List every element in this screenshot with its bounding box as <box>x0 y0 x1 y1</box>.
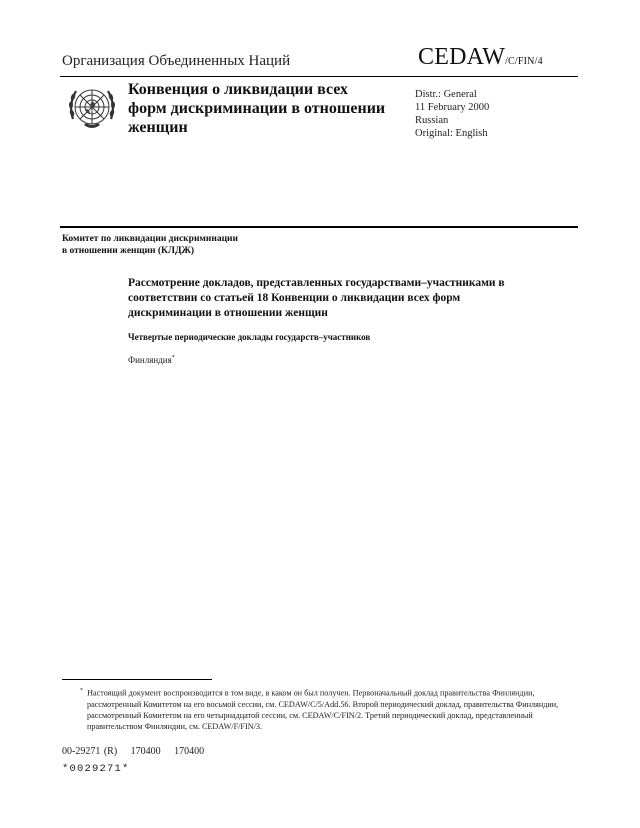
footnote-marker: * <box>80 688 83 694</box>
document-symbol: CEDAW/C/FIN/4 <box>418 44 543 71</box>
committee-line-2: в отношении женщин (КЛДЖ) <box>62 245 238 257</box>
country-label: Финляндия <box>128 355 172 365</box>
symbol-suffix: /C/FIN/4 <box>505 56 543 67</box>
report-subheading: Четвертые периодические доклады государс… <box>128 332 370 342</box>
footnote-text: Настоящий документ воспроизводится в том… <box>87 689 558 731</box>
job-number: 00-29271 (R) <box>62 746 117 757</box>
job-number-line: 00-29271 (R) 170400 170400 <box>62 746 214 757</box>
section-rule <box>60 226 578 228</box>
footnote-reference[interactable]: * <box>172 355 175 361</box>
country-name: Финляндия* <box>128 355 175 365</box>
job-date-1: 170400 <box>131 746 161 757</box>
distribution-block: Distr.: General 11 February 2000 Russian… <box>415 88 489 140</box>
barcode-text: *0029271* <box>62 763 130 775</box>
distribution-date: 11 February 2000 <box>415 101 489 114</box>
agenda-heading: Рассмотрение докладов, представленных го… <box>128 276 528 321</box>
committee-line-1: Комитет по ликвидации дискриминации <box>62 233 238 245</box>
distribution-original: Original: English <box>415 127 489 140</box>
convention-title: Конвенция о ликвидации всех форм дискрим… <box>128 80 388 137</box>
symbol-main: CEDAW <box>418 44 505 70</box>
header-rule <box>60 76 578 77</box>
distribution-status: Distr.: General <box>415 88 489 101</box>
organization-name: Организация Объединенных Наций <box>62 53 290 70</box>
committee-name: Комитет по ликвидации дискриминации в от… <box>62 233 238 257</box>
distribution-language: Russian <box>415 114 489 127</box>
footnote: * Настоящий документ воспроизводится в т… <box>80 686 583 732</box>
footnote-separator <box>62 679 212 680</box>
job-date-2: 170400 <box>174 746 204 757</box>
un-emblem-icon <box>64 79 120 135</box>
